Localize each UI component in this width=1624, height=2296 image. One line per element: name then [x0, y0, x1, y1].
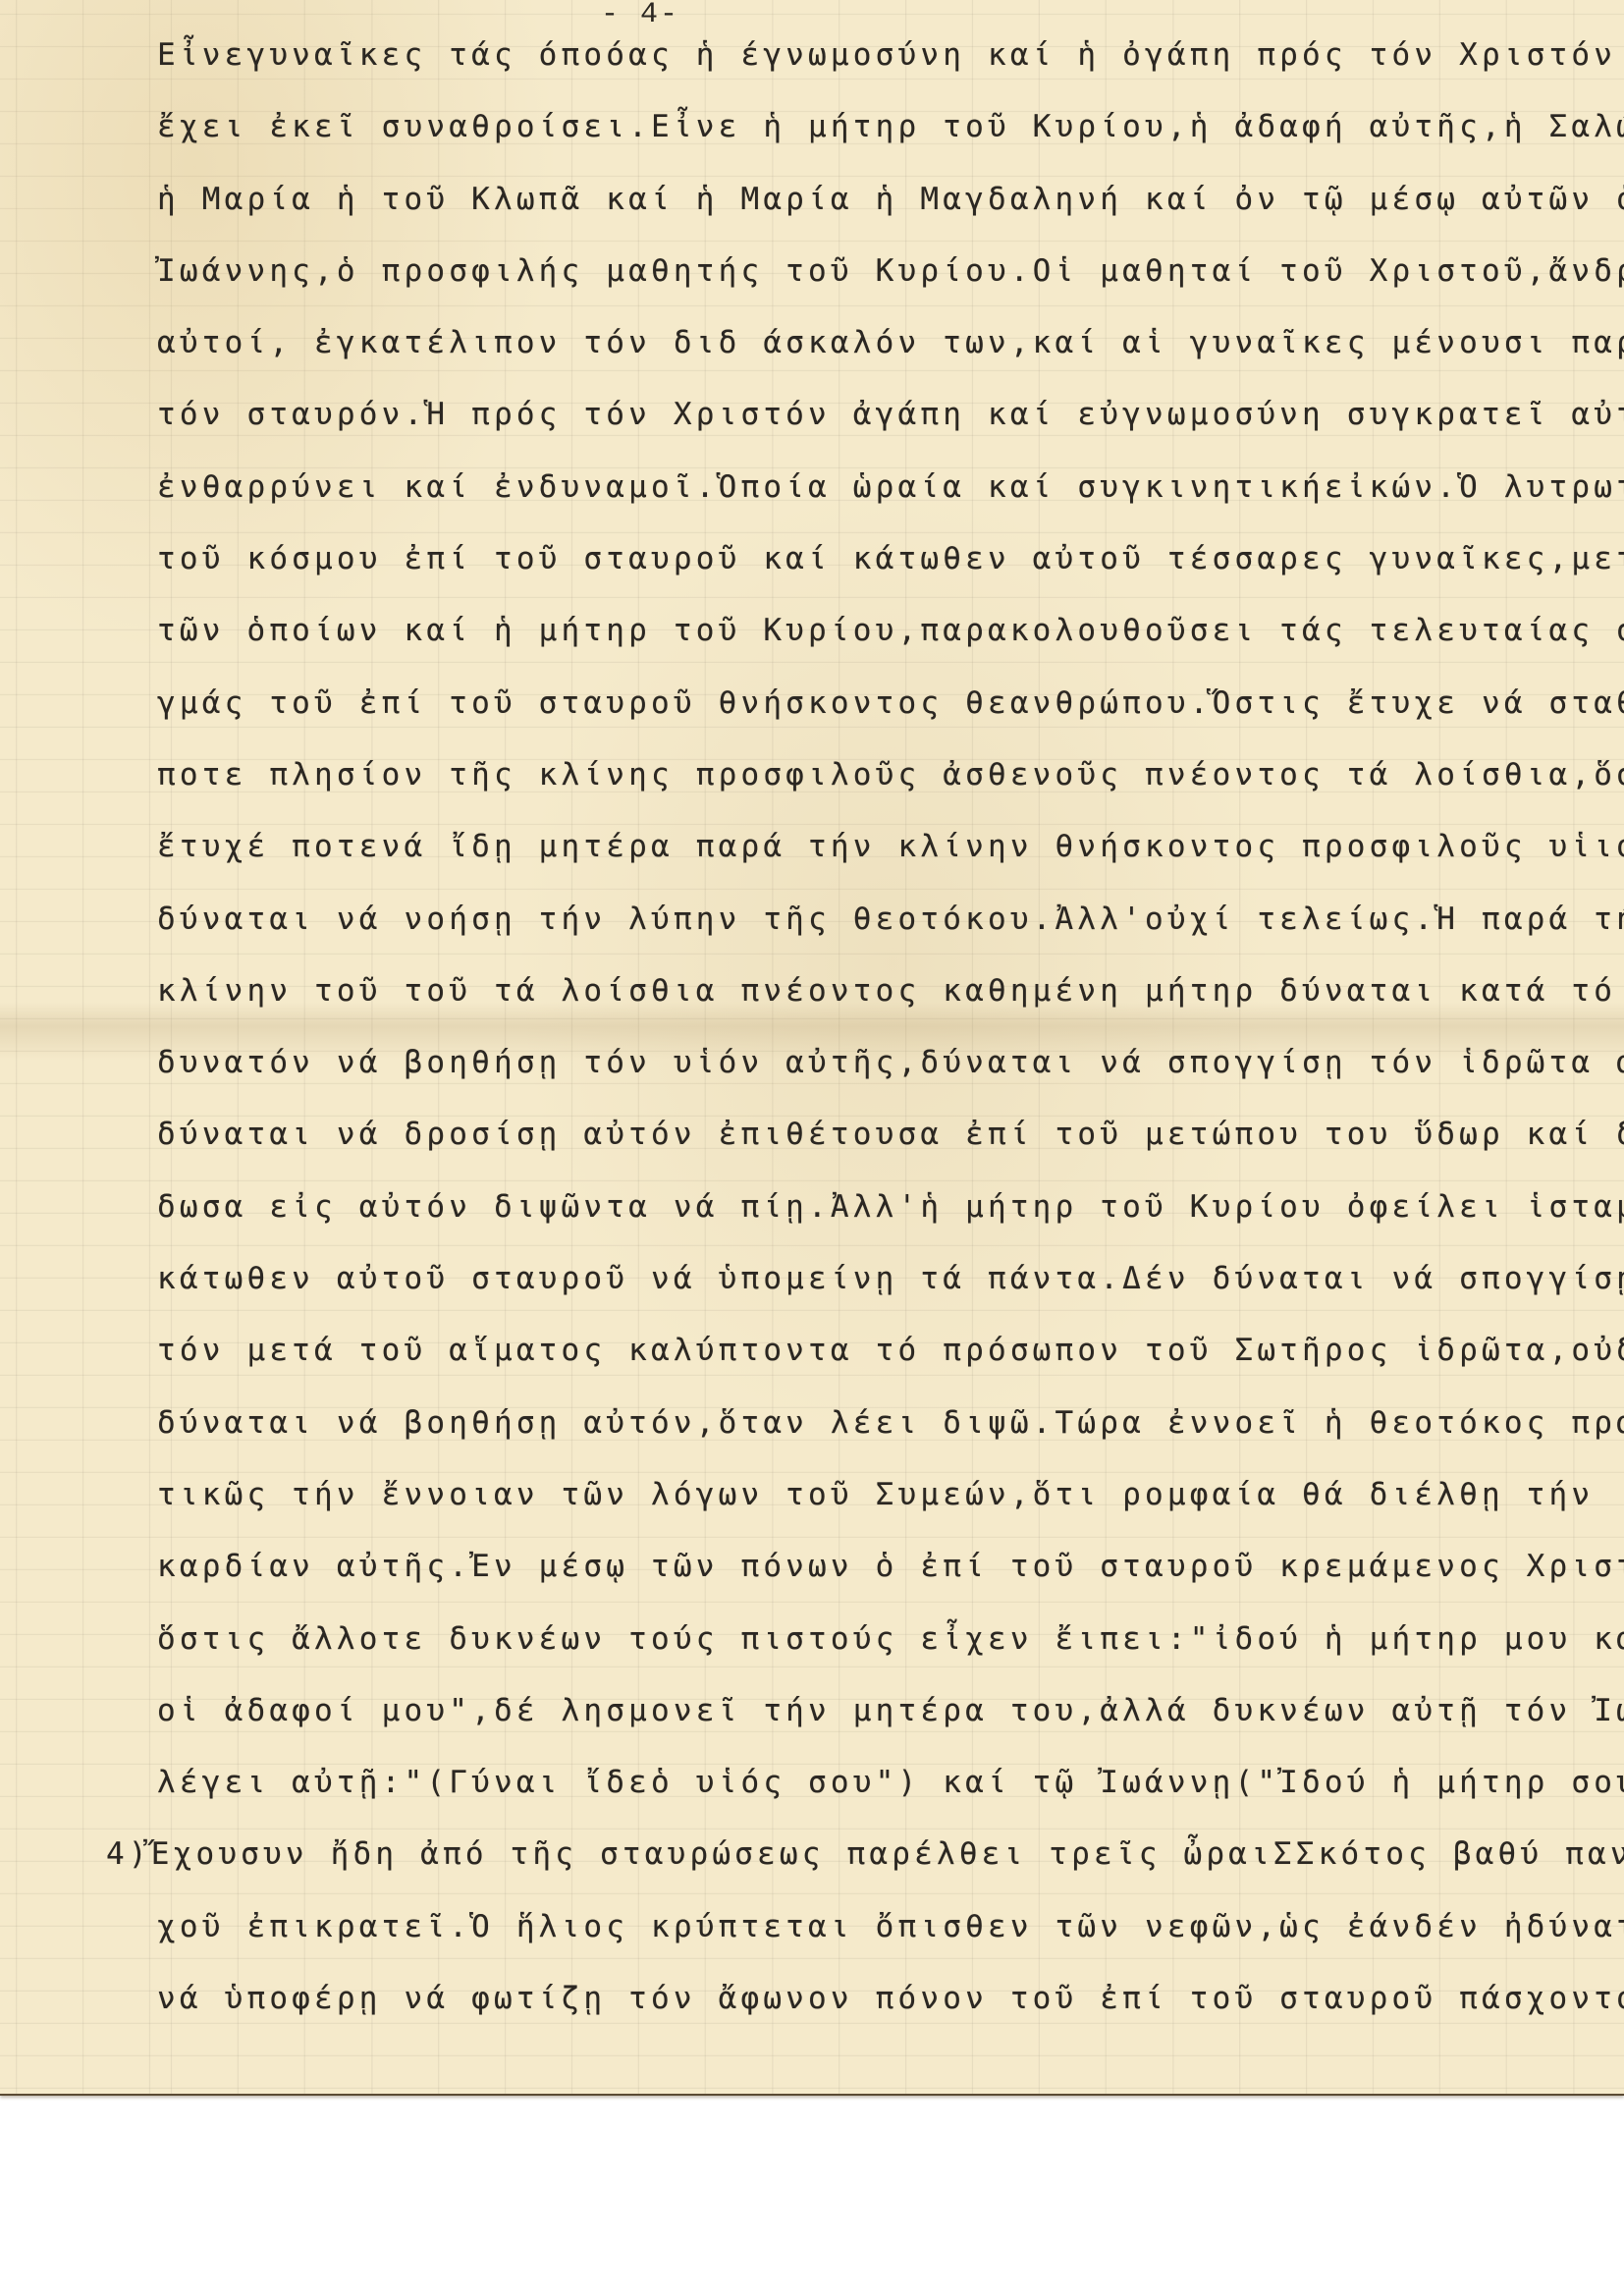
typed-page: - 4- Εἶνεγυναῖκες τάς όποόας ἡ έγνωμοσύν…	[0, 0, 1624, 2096]
text-line: ἔχει ἐκεῖ συναθροίσει.Εἶνε ἡ μήτηρ τοῦ Κ…	[157, 97, 1600, 169]
text-line: τῶν ὁποίων καί ἡ μήτηρ τοῦ Κυρίου,παρακο…	[157, 601, 1600, 673]
text-line: κάτωθεν αὐτοῦ σταυροῦ νά ὑπομείνῃ τά πάν…	[157, 1249, 1600, 1321]
text-line: δύναται νά νοήσῃ τήν λύπην τῆς θεοτόκου.…	[157, 890, 1600, 961]
text-line: τικῶς τήν ἔννοιαν τῶν λόγων τοῦ Συμεών,ὅ…	[157, 1465, 1600, 1537]
text-line: νά ὑποφέρῃ νά φωτίζῃ τόν ἄφωνον πόνον το…	[157, 1969, 1600, 2041]
text-line: δωσα εἰς αὐτόν διψῶντα νά πίῃ.Ἀλλ'ἡ μήτη…	[157, 1177, 1600, 1249]
text-line: τόν μετά τοῦ αἵματος καλύπτοντα τό πρόσω…	[157, 1321, 1600, 1393]
text-line: χοῦ ἐπικρατεῖ.Ὁ ἥλιος κρύπτεται ὄπισθεν …	[157, 1897, 1600, 1969]
text-line: δύναται νά δροσίσῃ αὐτόν ἐπιθέτουσα ἐπί …	[157, 1105, 1600, 1176]
text-line: αὐτοί, ἐγκατέλιπον τόν διδ άσκαλόν των,κ…	[157, 313, 1600, 385]
text-line: γμάς τοῦ ἐπί τοῦ σταυροῦ θνήσκοντος θεαν…	[157, 674, 1600, 745]
text-line: τόν σταυρόν.Ἡ πρός τόν Χριστόν ἀγάπη καί…	[157, 385, 1600, 457]
typed-body-text: Εἶνεγυναῖκες τάς όποόας ἡ έγνωμοσύνη καί…	[157, 26, 1600, 2041]
text-line: τοῦ κόσμου ἐπί τοῦ σταυροῦ καί κάτωθεν α…	[157, 529, 1600, 601]
text-line: οἱ ἀδαφοί μου",δέ λησμονεῖ τήν μητέρα το…	[157, 1681, 1600, 1753]
text-line: δύναται νά βοηθήσῃ αὐτόν,ὅταν λέει διψῶ.…	[157, 1394, 1600, 1465]
numbered-paragraph-start: 4)Ἔχουσυν ἤδη ἀπό τῆς σταυρώσεως παρέλθε…	[106, 1825, 1600, 1896]
text-line: ἔτυχέ ποτενά ἴδῃ μητέρα παρά τήν κλίνην …	[157, 817, 1600, 889]
text-line: κλίνην τοῦ τοῦ τά λοίσθια πνέοντος καθημ…	[157, 961, 1600, 1033]
text-line: ποτε πλησίον τῆς κλίνης προσφιλοῦς ἀσθεν…	[157, 745, 1600, 817]
text-line: Ἰωάννης,ὁ προσφιλής μαθητής τοῦ Κυρίου.Ο…	[157, 242, 1600, 313]
text-line: καρδίαν αὐτῆς.Ἐν μέσῳ τῶν πόνων ὁ ἐπί το…	[157, 1537, 1600, 1609]
text-line: ἡ Μαρία ἡ τοῦ Κλωπᾶ καί ἡ Μαρία ἡ Μαγδαλ…	[157, 170, 1600, 242]
text-line: ἐνθαρρύνει καί ἐνδυναμοῖ.Ὁποία ὡραία καί…	[157, 458, 1600, 529]
text-line: λέγει αὐτῇ:"(Γύναι ἴδεὁ υἱός σου") καί τ…	[157, 1753, 1600, 1825]
text-line: δυνατόν νά βοηθήσῃ τόν υἱόν αὐτῆς,δύνατα…	[157, 1033, 1600, 1105]
text-line: Εἶνεγυναῖκες τάς όποόας ἡ έγνωμοσύνη καί…	[157, 26, 1600, 97]
text-line: ὅστις ἄλλοτε δυκνέων τούς πιστούς εἶχεν …	[157, 1610, 1600, 1681]
